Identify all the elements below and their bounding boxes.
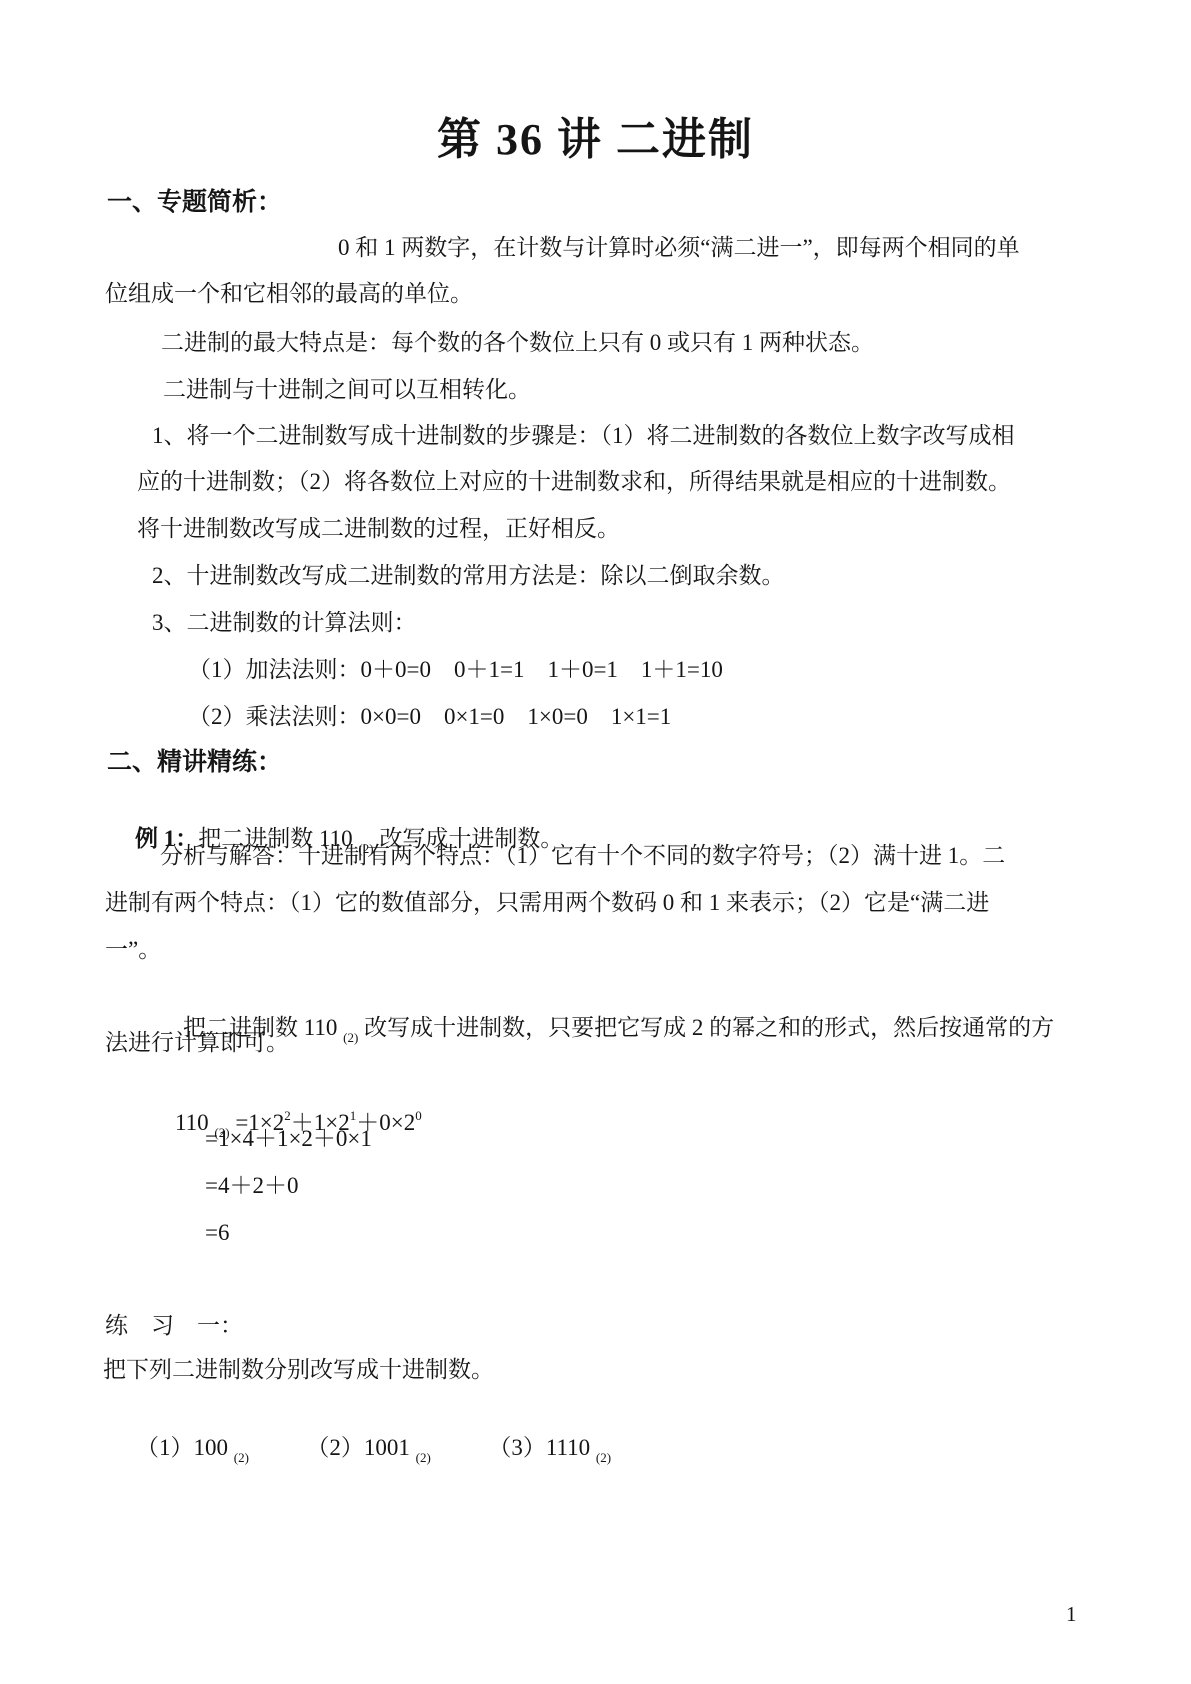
practice-item-3-subscript: (2) [596, 1450, 611, 1465]
method-base-subscript: (2) [343, 1030, 358, 1045]
practice-item-1: （1）100 [136, 1435, 234, 1460]
intro-line-2: 位组成一个和它相邻的最高的单位。 [105, 278, 473, 309]
step3-line: 3、二进制数的计算法则： [152, 607, 417, 638]
analysis-line-1: 分析与解答：十进制有两个特点：（1）它有十个不同的数字符号；（2）满十进 1。二 [160, 840, 1005, 871]
practice-intro: 把下列二进制数分别改写成十进制数。 [103, 1354, 494, 1385]
calc-line-3: =4＋2＋0 [205, 1170, 298, 1201]
section2-heading: 二、精讲精练： [107, 746, 282, 780]
step1-line-1: 1、将一个二进制数写成十进制数的步骤是：（1）将二进制数的各数位上数字改写成相 [152, 420, 1015, 451]
analysis-line-2: 进制有两个特点：（1）它的数值部分，只需用两个数码 0 和 1 来表示；（2）它… [105, 887, 989, 918]
practice-item-1-subscript: (2) [234, 1450, 249, 1465]
step1-line-2: 应的十进制数；（2）将各数位上对应的十进制数求和，所得结果就是相应的十进制数。 [137, 466, 1011, 497]
document-page: 第 36 讲 二进制 一、专题简析： 0 和 1 两数字，在计数与计算时必须“满… [0, 0, 1191, 1684]
method-text2: 改写成十进制数，只要把它写成 2 的幂之和的形式，然后按通常的方 [358, 1015, 1054, 1040]
feature-line: 二进制的最大特点是：每个数的各个数位上只有 0 或只有 1 两种状态。 [161, 327, 874, 358]
step1-line-3: 将十进制数改写成二进制数的过程，正好相反。 [137, 513, 620, 544]
convert-line: 二进制与十进制之间可以互相转化。 [163, 374, 531, 405]
rule-multiplication: （2）乘法法则：0×0=0 0×1=0 1×0=0 1×1=1 [188, 701, 671, 732]
practice-item-2-subscript: (2) [416, 1450, 431, 1465]
practice-heading: 练 习 一： [105, 1310, 243, 1341]
method-line-1: 把二进制数 110 (2) 改写成十进制数，只要把它写成 2 的幂之和的形式，然… [160, 981, 1054, 1078]
method-line-2: 法进行计算即可。 [105, 1027, 289, 1058]
practice-item-3: （3）1110 [431, 1435, 596, 1460]
rule-addition: （1）加法法则：0＋0=0 0＋1=1 1＋0=1 1＋1=10 [188, 654, 723, 685]
practice-item-2: （2）1001 [249, 1435, 416, 1460]
intro-line-1: 0 和 1 两数字，在计数与计算时必须“满二进一”，即每两个相同的单 [338, 232, 1020, 263]
calc-line-2: =1×4＋1×2＋0×1 [205, 1123, 372, 1154]
calc-line-4: =6 [205, 1217, 229, 1248]
analysis-line-3: 一”。 [105, 934, 161, 965]
page-number: 1 [1066, 1600, 1077, 1628]
calc1-exponent-0: 0 [415, 1108, 422, 1123]
doc-title: 第 36 讲 二进制 [0, 110, 1191, 169]
practice-items: （1）100 (2) （2）1001 (2) （3）1110 (2) [113, 1401, 611, 1498]
step2-line: 2、十进制数改写成二进制数的常用方法是：除以二倒取余数。 [152, 560, 785, 591]
section1-heading: 一、专题简析： [107, 186, 282, 220]
